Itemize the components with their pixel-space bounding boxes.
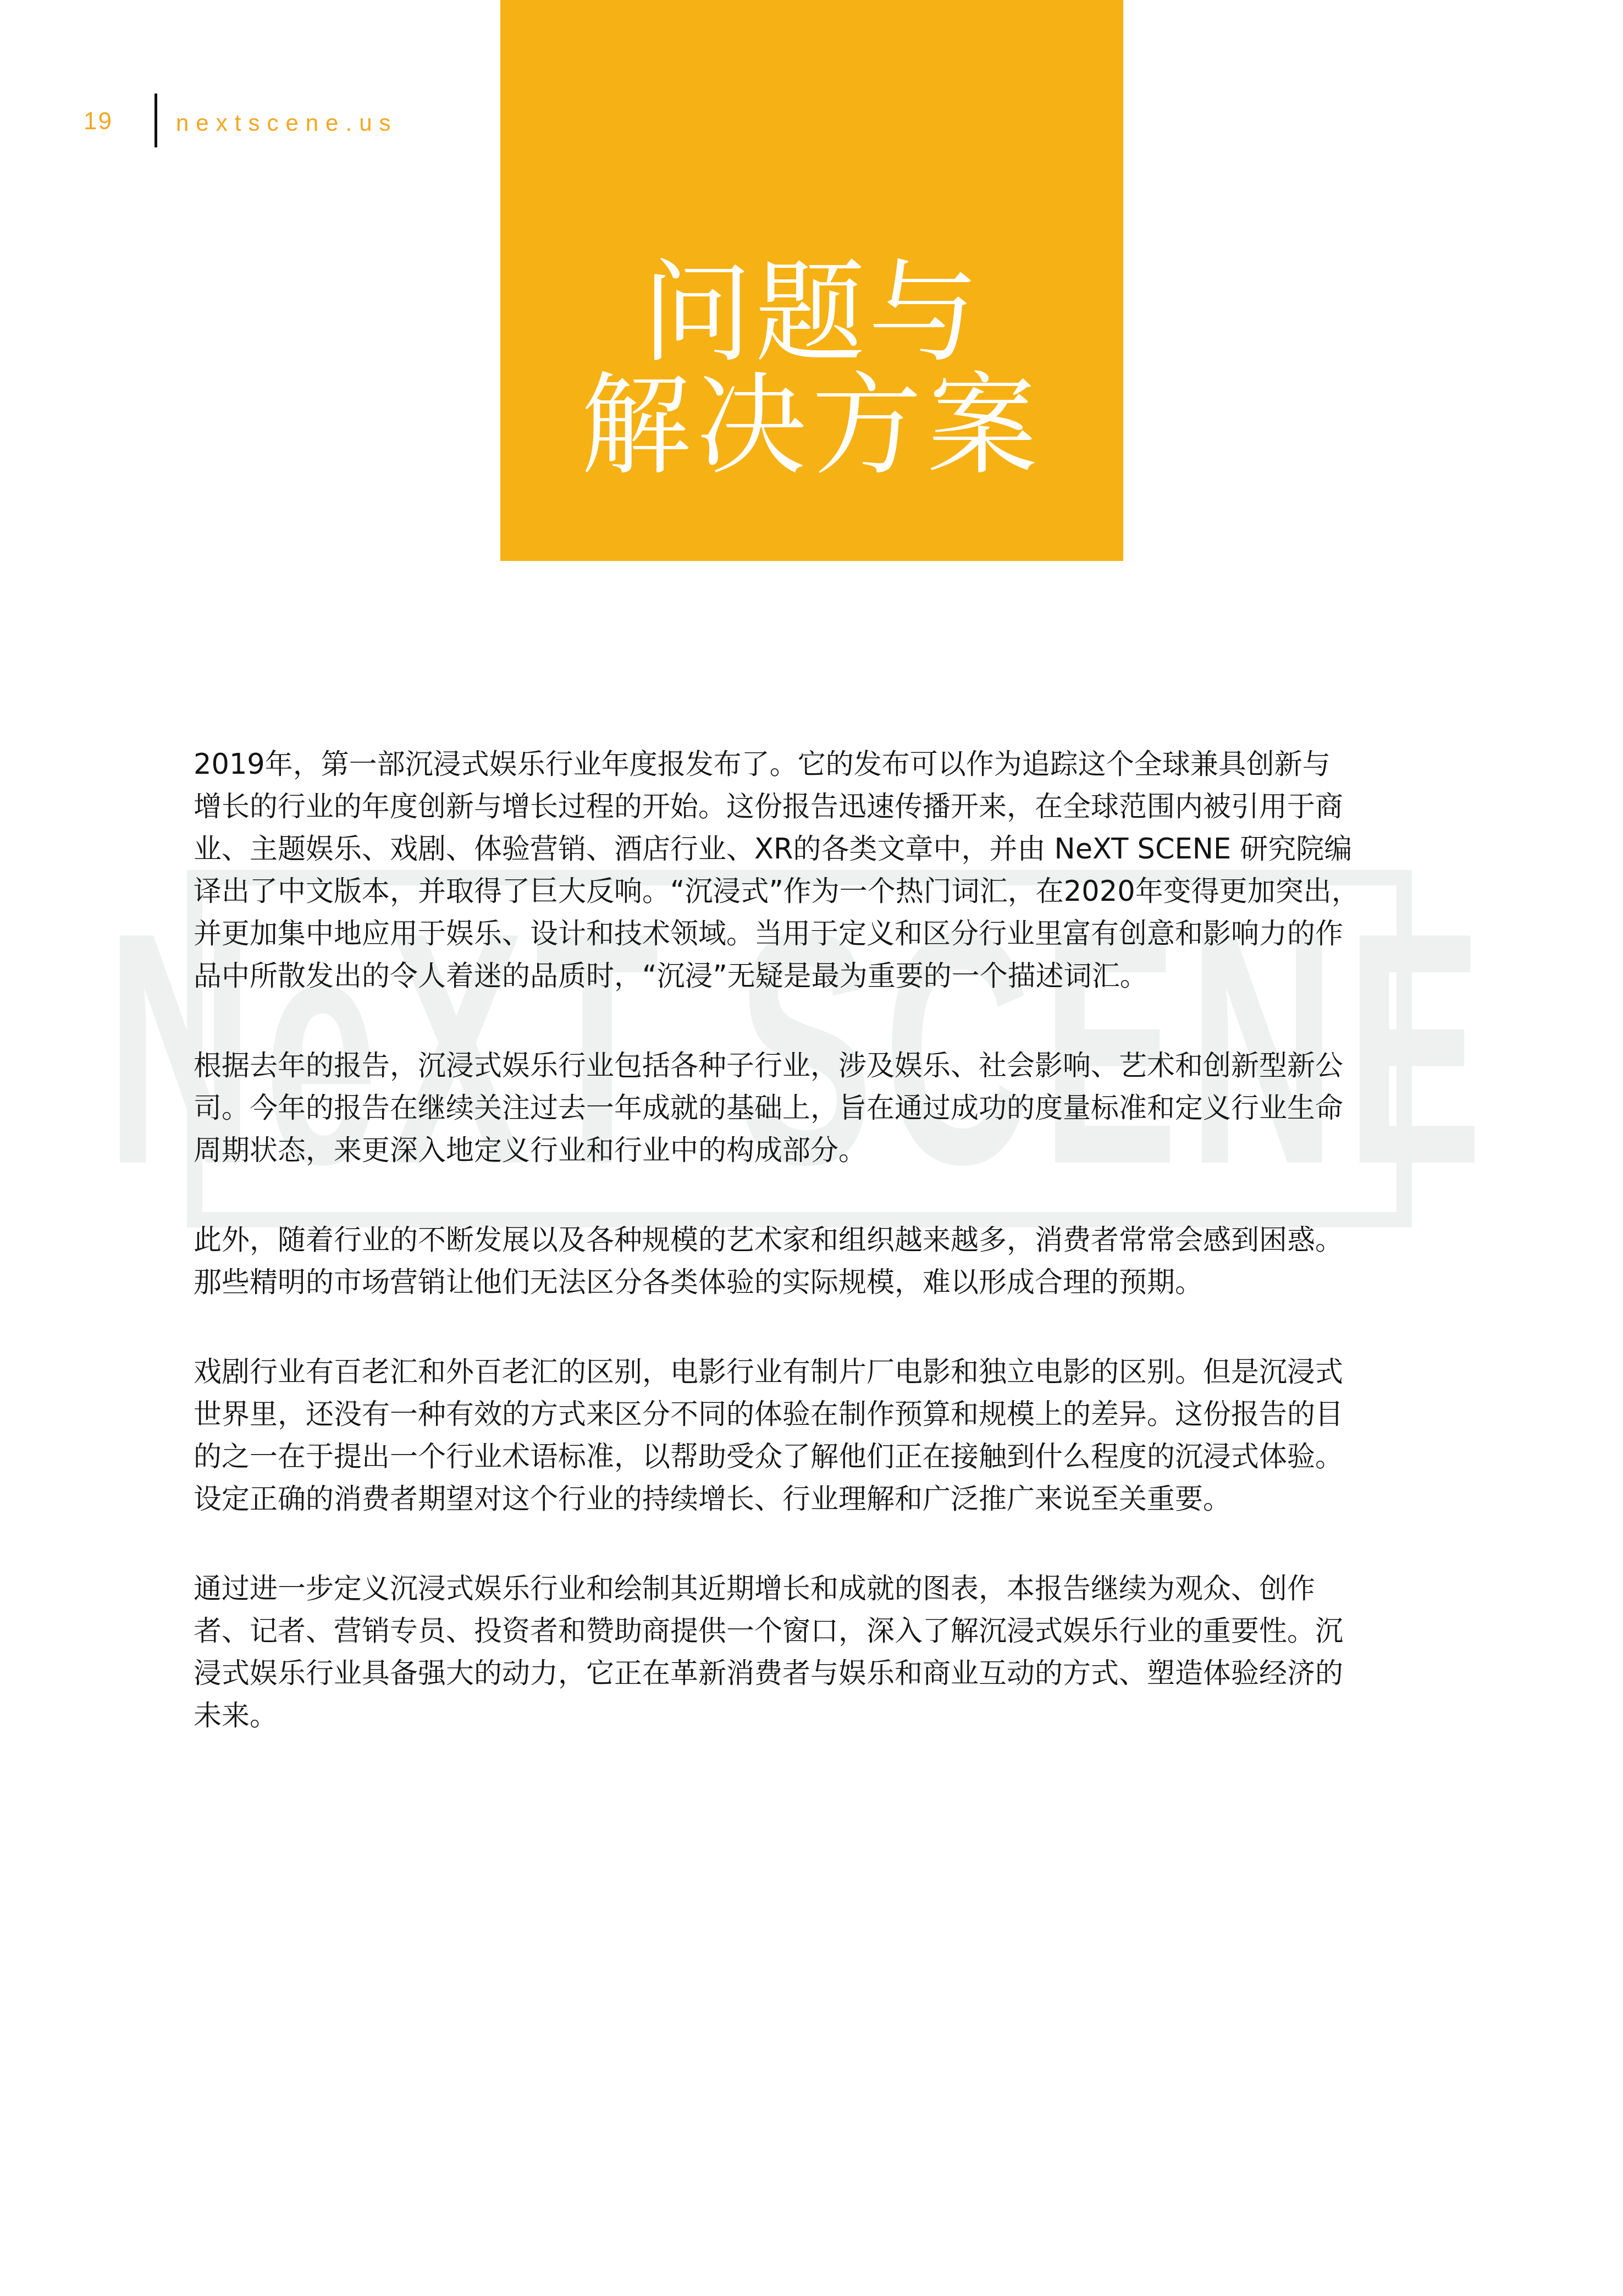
text-line: 者、记者、营销专员、投资者和赞助商提供一个窗口，深入了解沉浸式娱乐行业的重要性。…	[194, 1610, 1442, 1653]
text-line: 戏剧行业有百老汇和外百老汇的区别，电影行业有制片厂电影和独立电影的区别。但是沉浸…	[194, 1351, 1442, 1394]
section-title-line-1: 问题与	[500, 258, 1123, 368]
text-line: 的之一在于提出一个行业术语标准，以帮助受众了解他们正在接触到什么程度的沉浸式体验…	[194, 1436, 1442, 1478]
text-line: 浸式娱乐行业具备强大的动力，它正在革新消费者与娱乐和商业互动的方式、塑造体验经济…	[194, 1653, 1442, 1695]
text-line: 2019年，第一部沉浸式娱乐行业年度报发布了。它的发布可以作为追踪这个全球兼具创…	[194, 744, 1442, 786]
paragraph-1: 2019年，第一部沉浸式娱乐行业年度报发布了。它的发布可以作为追踪这个全球兼具创…	[194, 744, 1442, 998]
text-line: 周期状态，来更深入地定义行业和行业中的构成部分。	[194, 1130, 1442, 1172]
text-line: 根据去年的报告，沉浸式娱乐行业包括各种子行业，涉及娱乐、社会影响、艺术和创新型新…	[194, 1045, 1442, 1087]
text-line: 此外，随着行业的不断发展以及各种规模的艺术家和组织越来越多，消费者常常会感到困惑…	[194, 1219, 1442, 1262]
text-line: 品中所散发出的令人着迷的品质时，“沉浸”无疑是最为重要的一个描述词汇。	[194, 955, 1442, 998]
text-line: 业、主题娱乐、戏剧、体验营销、酒店行业、XR的各类文章中，并由 NeXT SCE…	[194, 828, 1442, 871]
text-line: 司。今年的报告在继续关注过去一年成就的基础上，旨在通过成功的度量标准和定义行业生…	[194, 1087, 1442, 1130]
paragraph-5: 通过进一步定义沉浸式娱乐行业和绘制其近期增长和成就的图表，本报告继续为观众、创作…	[194, 1568, 1442, 1737]
paragraph-2: 根据去年的报告，沉浸式娱乐行业包括各种子行业，涉及娱乐、社会影响、艺术和创新型新…	[194, 1045, 1442, 1172]
page-number: 19	[84, 108, 113, 135]
text-line: 译出了中文版本，并取得了巨大反响。“沉浸式”作为一个热门词汇，在2020年变得更…	[194, 871, 1442, 913]
site-url: nextscene.us	[176, 110, 398, 136]
section-title-line-2: 解决方案	[500, 371, 1123, 481]
text-line: 未来。	[194, 1695, 1442, 1737]
text-line: 那些精明的市场营销让他们无法区分各类体验的实际规模，难以形成合理的预期。	[194, 1262, 1442, 1304]
article-body: 2019年，第一部沉浸式娱乐行业年度报发布了。它的发布可以作为追踪这个全球兼具创…	[194, 744, 1442, 1785]
paragraph-3: 此外，随着行业的不断发展以及各种规模的艺术家和组织越来越多，消费者常常会感到困惑…	[194, 1219, 1442, 1304]
paragraph-4: 戏剧行业有百老汇和外百老汇的区别，电影行业有制片厂电影和独立电影的区别。但是沉浸…	[194, 1351, 1442, 1521]
text-line: 通过进一步定义沉浸式娱乐行业和绘制其近期增长和成就的图表，本报告继续为观众、创作	[194, 1568, 1442, 1610]
section-title-block: 问题与 解决方案	[500, 0, 1123, 561]
text-line: 并更加集中地应用于娱乐、设计和技术领域。当用于定义和区分行业里富有创意和影响力的…	[194, 913, 1442, 955]
text-line: 增长的行业的年度创新与增长过程的开始。这份报告迅速传播开来，在全球范围内被引用于…	[194, 786, 1442, 828]
text-line: 设定正确的消费者期望对这个行业的持续增长、行业理解和广泛推广来说至关重要。	[194, 1478, 1442, 1521]
text-line: 世界里，还没有一种有效的方式来区分不同的体验在制作预算和规模上的差异。这份报告的…	[194, 1394, 1442, 1436]
header-divider	[154, 93, 157, 147]
